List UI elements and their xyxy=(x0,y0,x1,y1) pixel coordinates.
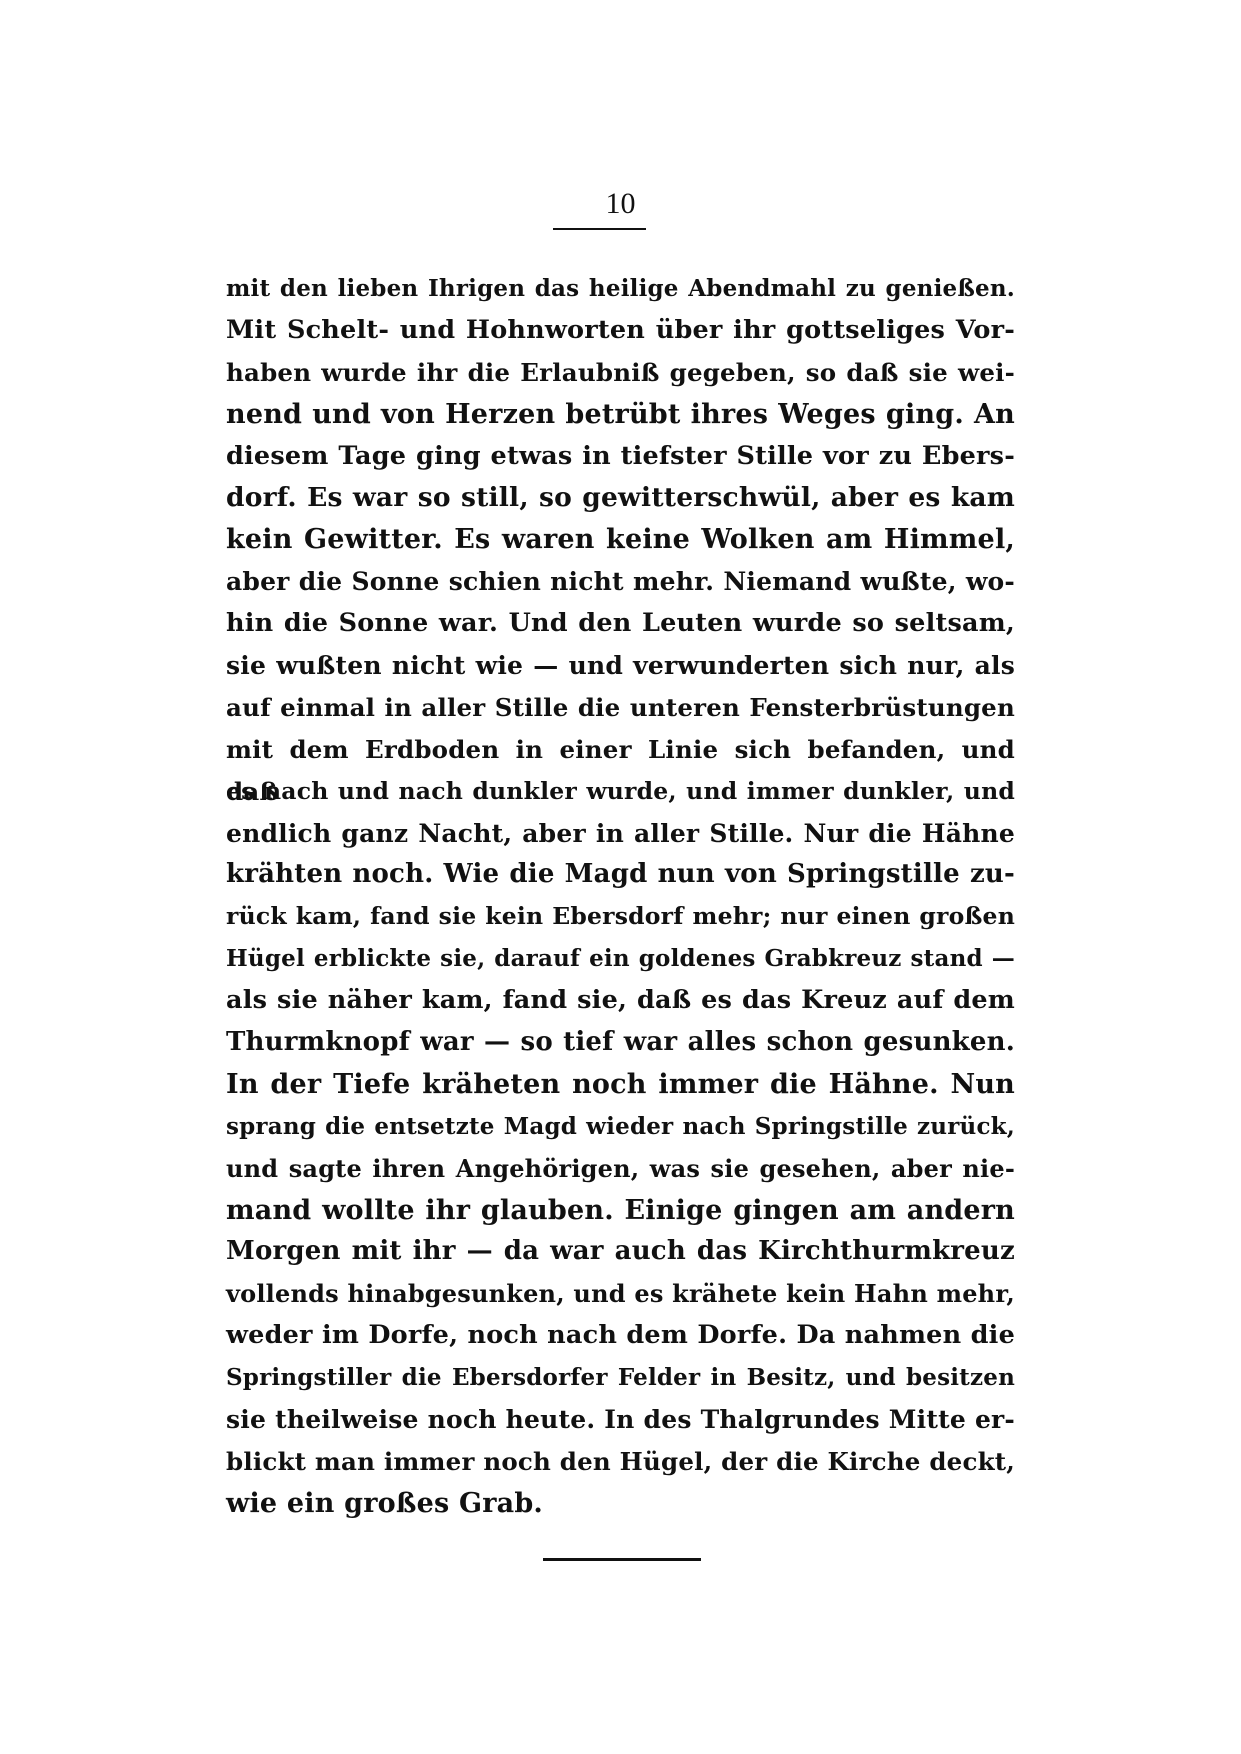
text-line: auf einmal in aller Stille die unteren F… xyxy=(226,687,1015,729)
text-line: Thurmknopf war — so tief war alles schon… xyxy=(226,1022,1015,1064)
page-number: 10 xyxy=(0,186,1241,222)
text-line: dorf. Es war so still, so gewitterschwül… xyxy=(226,477,1015,519)
text-line: vollends hinabgesunken, und es krähete k… xyxy=(226,1273,1015,1315)
body-text: mit den lieben Ihrigen das heilige Abend… xyxy=(226,268,1015,1525)
text-line: krähten noch. Wie die Magd nun von Sprin… xyxy=(226,854,1015,896)
text-line: endlich ganz Nacht, aber in aller Stille… xyxy=(226,813,1015,855)
header-divider xyxy=(553,228,646,230)
text-line: In der Tiefe kräheten noch immer die Häh… xyxy=(226,1064,1015,1106)
text-line: diesem Tage ging etwas in tiefster Still… xyxy=(226,436,1015,478)
text-line: es nach und nach dunkler wurde, und imme… xyxy=(226,771,1015,813)
text-line: mit den lieben Ihrigen das heilige Abend… xyxy=(226,268,1015,310)
text-line: mit dem Erdboden in einer Linie sich bef… xyxy=(226,729,1015,771)
text-line: sie theilweise noch heute. In des Thalgr… xyxy=(226,1399,1015,1441)
text-line: nend und von Herzen betrübt ihres Weges … xyxy=(226,394,1015,436)
text-line: rück kam, fand sie kein Ebersdorf mehr; … xyxy=(226,896,1015,938)
text-line-final: wie ein großes Grab. xyxy=(226,1483,1015,1525)
text-line: Hügel erblickte sie, darauf ein goldenes… xyxy=(226,938,1015,980)
text-line: Mit Schelt- und Hohnworten über ihr gott… xyxy=(226,310,1015,352)
text-line: weder im Dorfe, noch nach dem Dorfe. Da … xyxy=(226,1315,1015,1357)
text-line: sie wußten nicht wie — und verwunderten … xyxy=(226,645,1015,687)
text-line: hin die Sonne war. Und den Leuten wurde … xyxy=(226,603,1015,645)
text-line: und sagte ihren Angehörigen, was sie ges… xyxy=(226,1148,1015,1190)
text-line: aber die Sonne schien nicht mehr. Nieman… xyxy=(226,561,1015,603)
text-line: Morgen mit ihr — da war auch das Kirchth… xyxy=(226,1231,1015,1273)
text-line: haben wurde ihr die Erlaubniß gegeben, s… xyxy=(226,352,1015,394)
text-line: als sie näher kam, fand sie, daß es das … xyxy=(226,980,1015,1022)
text-line: Springstiller die Ebersdorfer Felder in … xyxy=(226,1357,1015,1399)
text-line: blickt man immer noch den Hügel, der die… xyxy=(226,1441,1015,1483)
text-line: kein Gewitter. Es waren keine Wolken am … xyxy=(226,519,1015,561)
text-line: mand wollte ihr glauben. Einige gingen a… xyxy=(226,1190,1015,1232)
text-line: sprang die entsetzte Magd wieder nach Sp… xyxy=(226,1106,1015,1148)
end-divider xyxy=(543,1558,701,1561)
